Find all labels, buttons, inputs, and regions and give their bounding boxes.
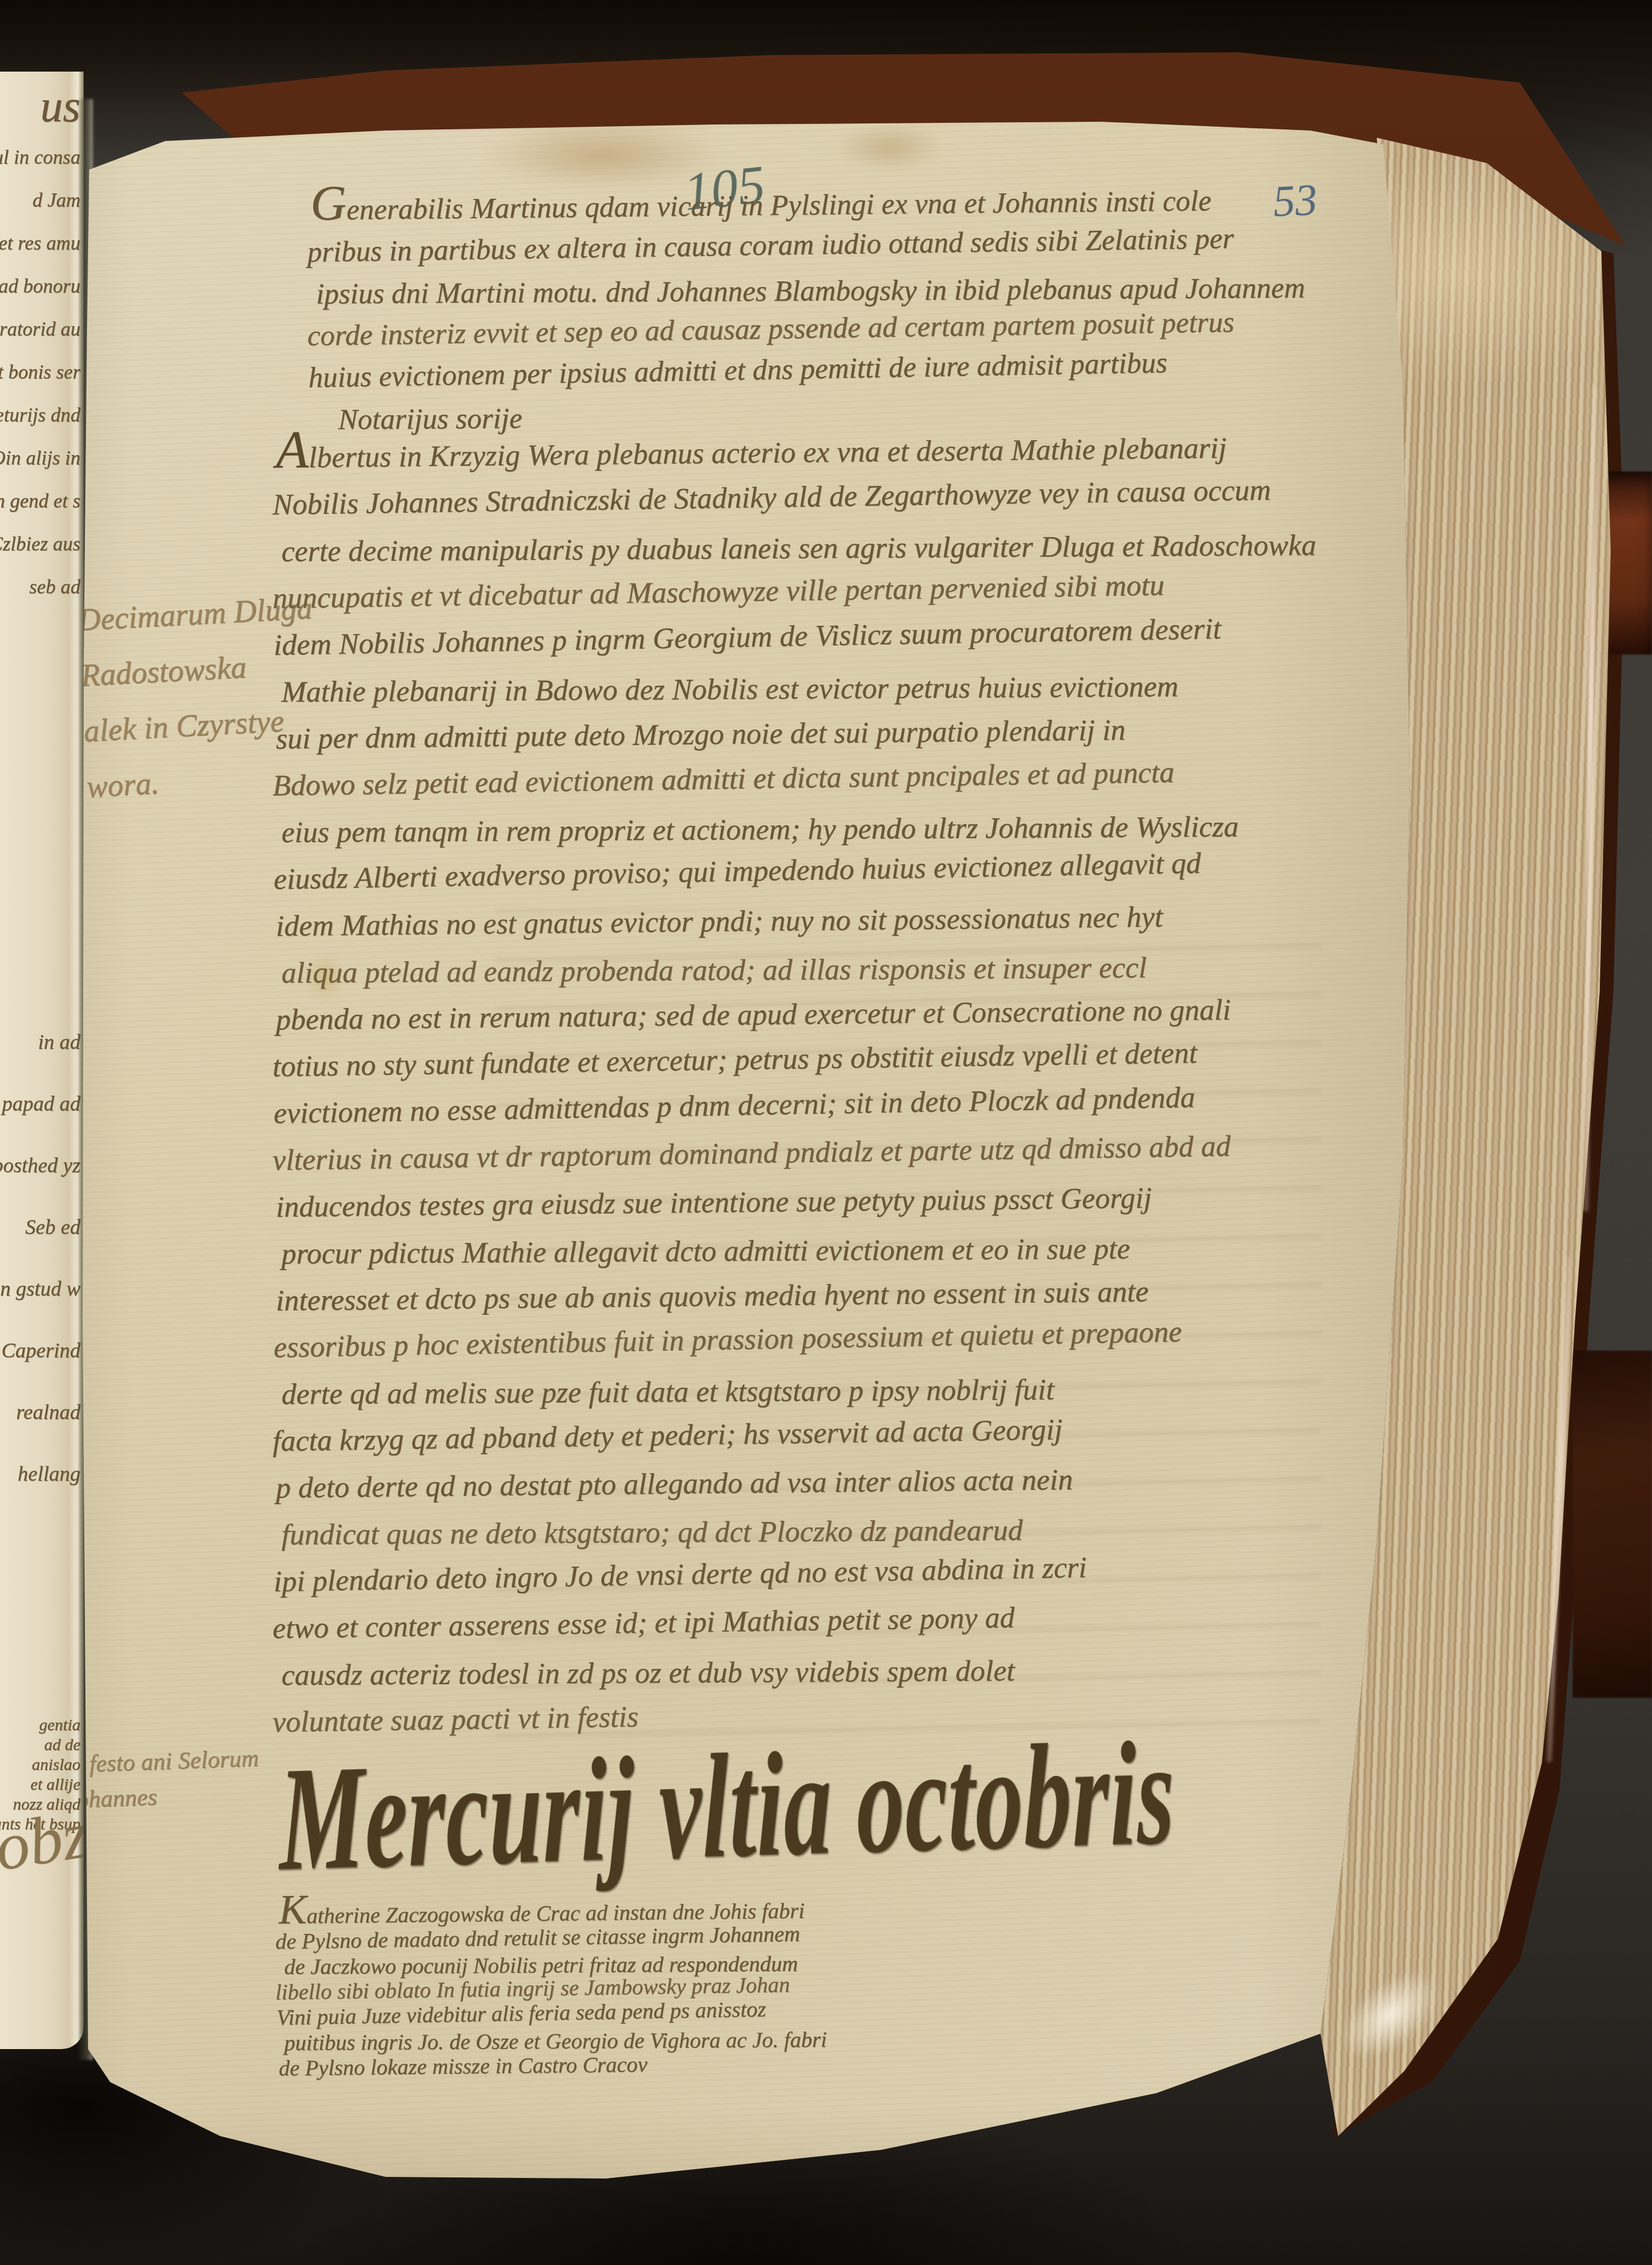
previous-page-edge: usaful in consad Jamet res amusuad bonor… [0, 72, 84, 2049]
manuscript-text-line: in ad [0, 1030, 80, 1092]
manuscript-text-line: Czlbiez aus [0, 532, 80, 575]
manuscript-text-line: Seb ed [0, 1215, 80, 1277]
manuscript-photo: usaful in consad Jamet res amusuad bonor… [0, 0, 1652, 2265]
manuscript-text-line: suad bonoru [0, 274, 80, 317]
manuscript-text-line: len gstud w [0, 1277, 80, 1339]
manuscript-text-line: ad de [0, 1736, 80, 1755]
manuscript-text-line: deturijs dnd [0, 403, 80, 446]
manuscript-text-line: Johannes [65, 1779, 260, 1821]
manuscript-text-line: et allije [0, 1775, 80, 1795]
manuscript-text-line: anislao [0, 1755, 80, 1775]
manuscript-text-line: d Jam [0, 188, 80, 231]
manuscript-text-line: roratorid au [0, 317, 80, 360]
manuscript-text-line: Oin alijs in [0, 446, 80, 489]
manuscript-text-line: nichil et bonis ser [0, 360, 80, 403]
manuscript-text-line: inducendos testes gra eiusdz sue intenti… [276, 1179, 1311, 1237]
manuscript-text-line: hellang [0, 1462, 80, 1524]
manuscript-text-line: Caperind [0, 1339, 80, 1400]
paragraph-first-entry: Generabilis Martinus qdam vicarij in Pyl… [307, 194, 1296, 445]
manuscript-text-line: aful in consa [0, 145, 80, 188]
manuscript-text-line: realnad [0, 1400, 80, 1462]
left-page-heading-fragment: ctobz [0, 1796, 84, 1895]
manuscript-text-line: p deto derte qd no destat pto allegando … [276, 1460, 1311, 1518]
left-page-text-fragments-top: usaful in consad Jamet res amusuad bonor… [0, 80, 80, 618]
manuscript-text-line: posthed yz [0, 1153, 80, 1215]
manuscript-text-line: hen gend et s [0, 489, 80, 532]
manuscript-text-line: gentia [0, 1716, 80, 1736]
leather-clasp-strap-lower [1573, 1351, 1652, 1698]
date-heading-mercurij-vltia-octobris: Mercurij vltia octobris [278, 1708, 1176, 1906]
manuscript-text-line: de Pylsno lokaze missze in Castro Cracov [279, 2050, 822, 2080]
paper-stain [837, 124, 942, 171]
left-page-text-fragments-middle: in adpapad adposthed yzSeb edlen gstud w… [0, 1030, 80, 1524]
paragraph-third-entry: Katherine Zaczogowska de Crac ad instan … [275, 1903, 818, 2080]
margin-note-festo: in festo ani SelorumJohannes [64, 1744, 260, 1821]
manuscript-text-line: et res amu [0, 231, 80, 274]
manuscript-text-line: papad ad [0, 1092, 80, 1153]
manuscript-text-line: seb ad [0, 575, 80, 618]
manuscript-text-line: idem Mathias no est gnatus evictor pndi;… [276, 898, 1311, 956]
paragraph-second-entry: Albertus in Krzyzig Wera plebanus acteri… [273, 441, 1307, 1752]
manuscript-text-line: us [0, 80, 80, 145]
